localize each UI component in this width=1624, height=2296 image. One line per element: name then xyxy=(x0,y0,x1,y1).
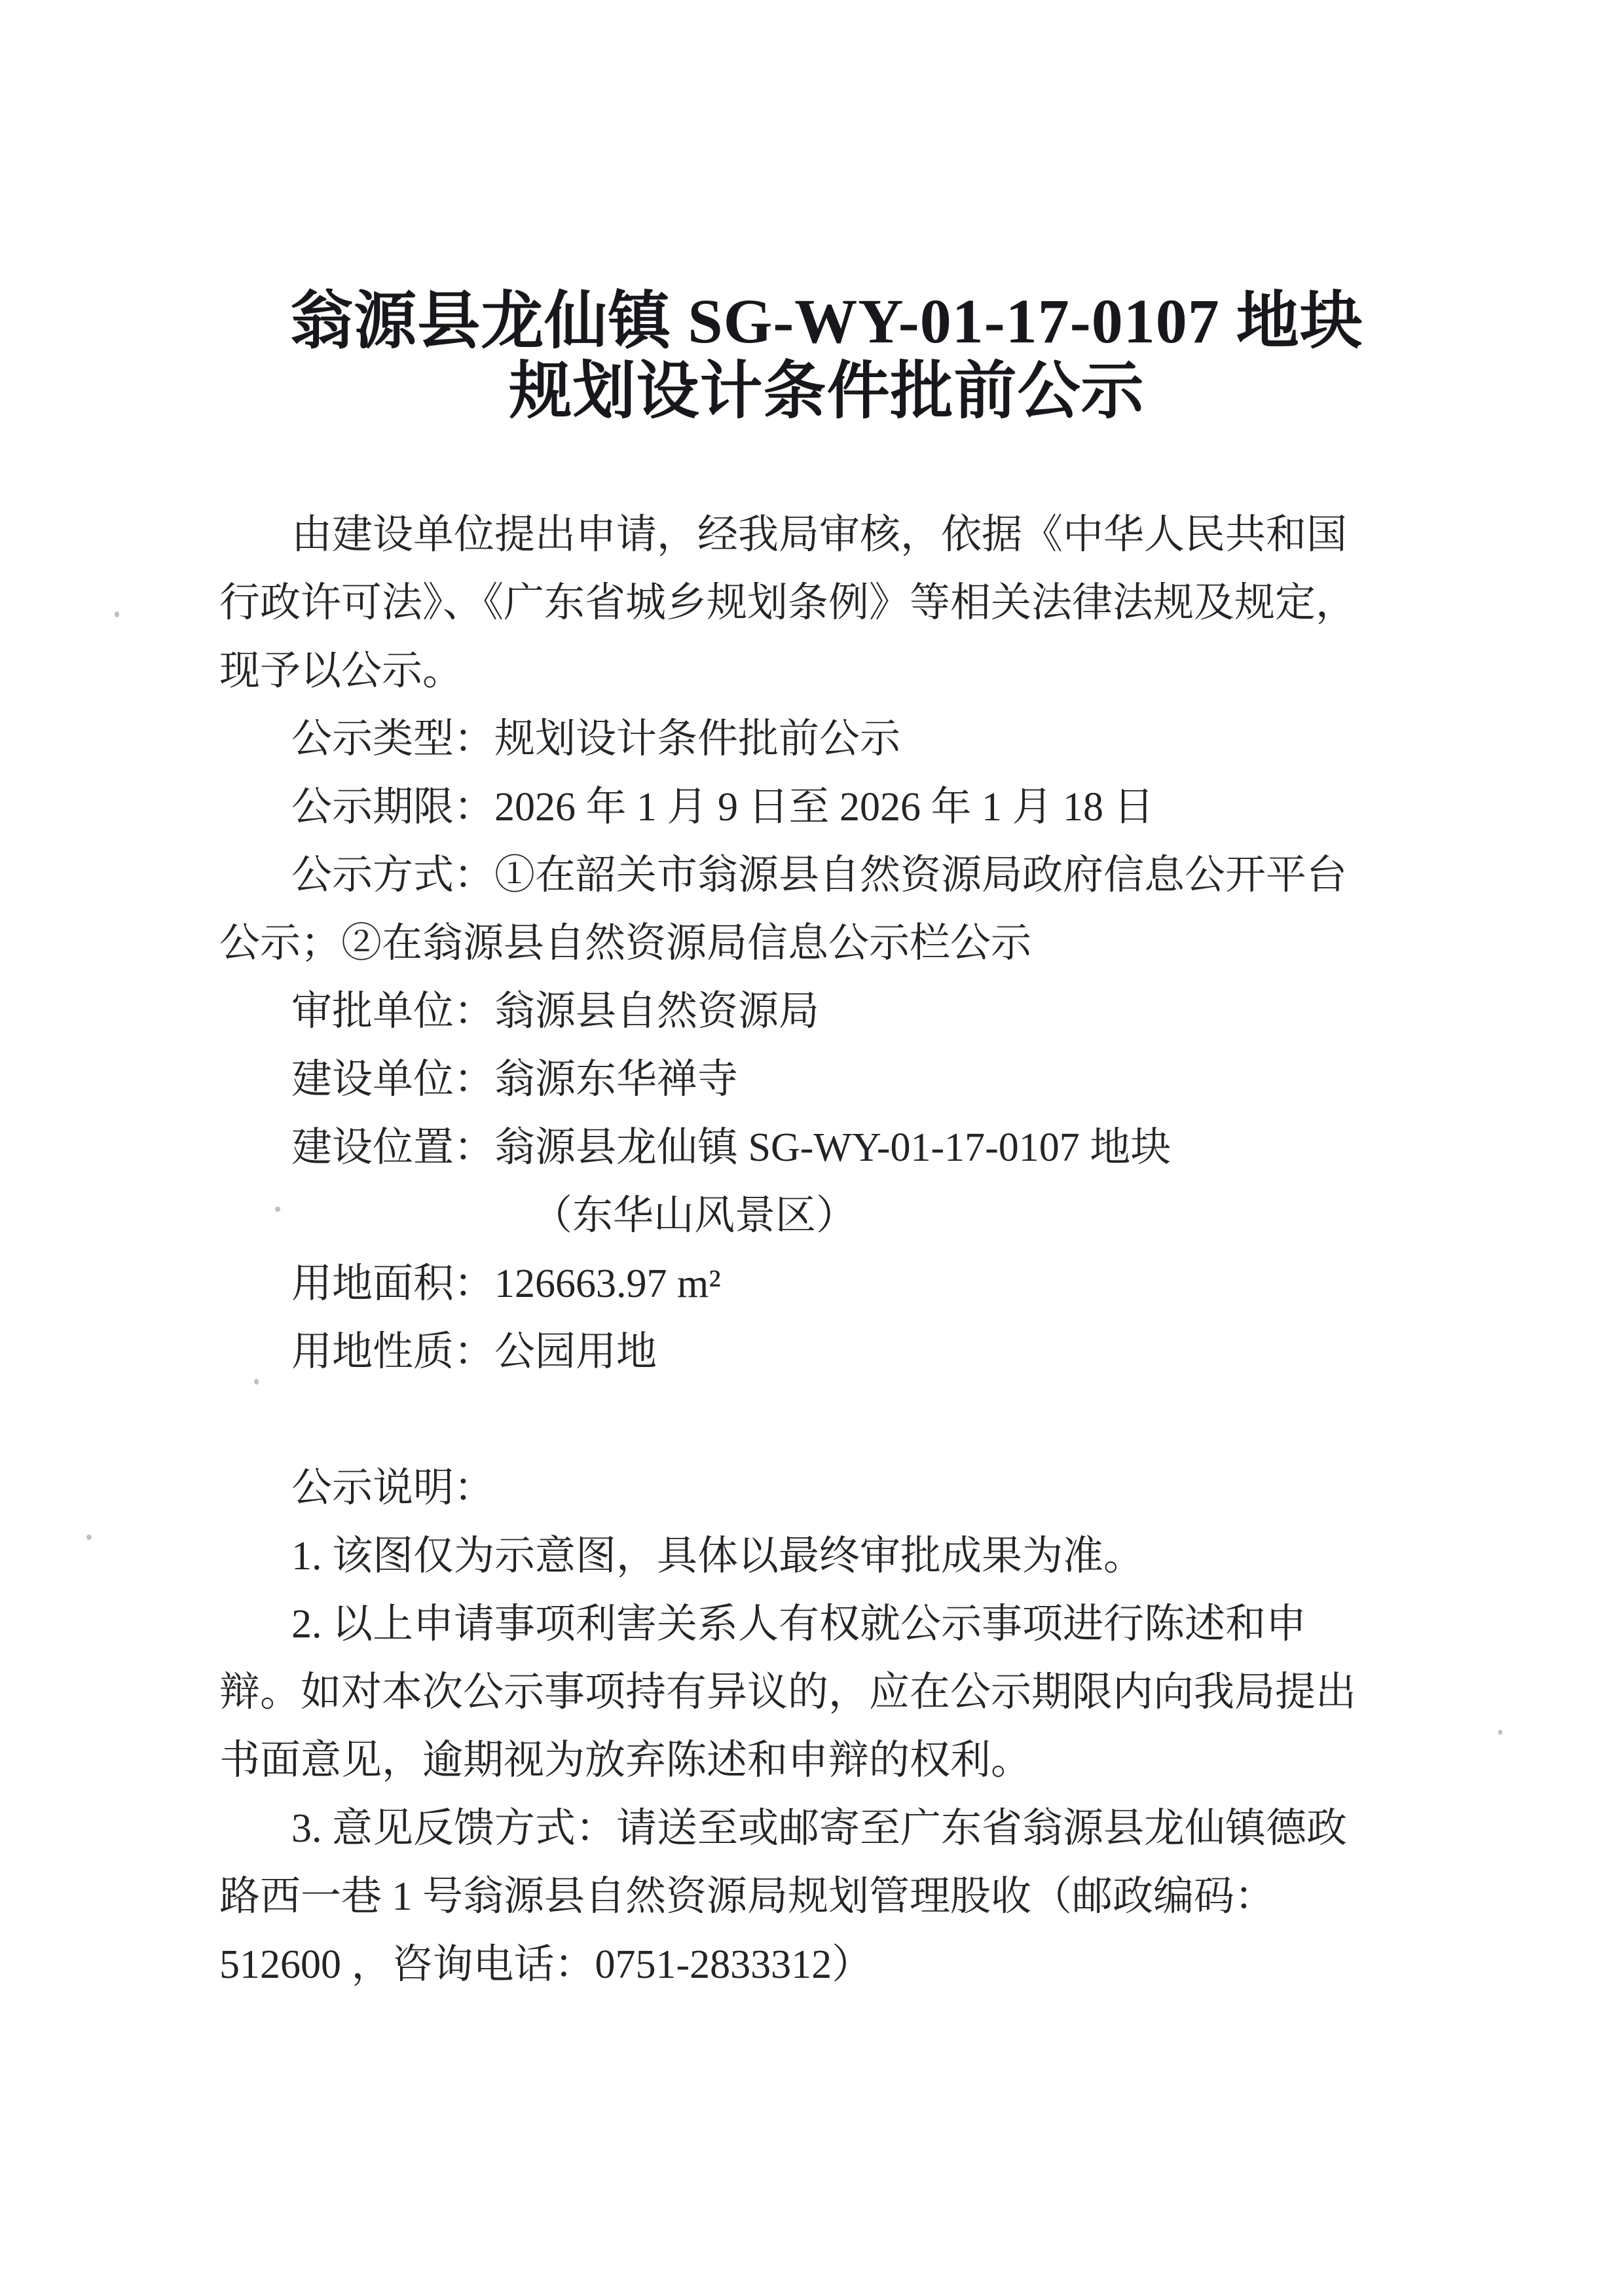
note-2: 2. 以上申请事项利害关系人有权就公示事项进行陈述和申 xyxy=(219,1590,1408,1658)
field-notice-method: 公示方式：①在韶关市翁源县自然资源局政府信息公开平台 xyxy=(219,841,1408,909)
field-notice-period: 公示期限：2026 年 1 月 9 日至 2026 年 1 月 18 日 xyxy=(219,773,1408,841)
field-notice-type: 公示类型：规划设计条件批前公示 xyxy=(219,705,1408,773)
field-land-area: 用地面积：126663.97 m² xyxy=(219,1250,1408,1318)
scan-speck xyxy=(86,1535,92,1540)
field-approval-unit: 审批单位：翁源县自然资源局 xyxy=(219,977,1408,1046)
document-page: 翁源县龙仙镇 SG-WY-01-17-0107 地块 规划设计条件批前公示 由建… xyxy=(0,0,1624,2296)
field-notice-method-continued: 公示；②在翁源县自然资源局信息公示栏公示 xyxy=(219,909,1408,977)
note-3-continued: 路西一巷 1 号翁源县自然资源局规划管理股收（邮政编码： xyxy=(219,1863,1408,1931)
field-construction-unit: 建设单位：翁源东华禅寺 xyxy=(219,1046,1408,1114)
field-location-note: （东华山风景区） xyxy=(219,1182,1408,1250)
field-land-use: 用地性质：公园用地 xyxy=(219,1318,1408,1386)
notes-heading: 公示说明： xyxy=(219,1454,1408,1522)
intro-line: 行政许可法》、《广东省城乡规划条例》等相关法律法规及规定， xyxy=(219,569,1408,637)
note-2-continued: 辩。如对本次公示事项持有异议的，应在公示期限内向我局提出 xyxy=(219,1658,1408,1726)
note-3: 3. 意见反馈方式：请送至或邮寄至广东省翁源县龙仙镇德政 xyxy=(219,1795,1408,1863)
notice-title-line1: 翁源县龙仙镇 SG-WY-01-17-0107 地块 xyxy=(29,286,1624,356)
note-2-continued: 书面意见，逾期视为放弃陈述和申辩的权利。 xyxy=(219,1726,1408,1795)
field-location: 建设位置：翁源县龙仙镇 SG-WY-01-17-0107 地块 xyxy=(219,1114,1408,1182)
notice-title: 翁源县龙仙镇 SG-WY-01-17-0107 地块 规划设计条件批前公示 xyxy=(29,286,1624,426)
intro-line: 现予以公示。 xyxy=(219,637,1408,705)
blank-line xyxy=(219,1386,1408,1454)
notice-body: 由建设单位提出申请，经我局审核，依据《中华人民共和国 行政许可法》、《广东省城乡… xyxy=(219,501,1408,1999)
notice-title-line2: 规划设计条件批前公示 xyxy=(29,356,1624,426)
note-3-continued: 512600 ，咨询电话：0751-2833312） xyxy=(219,1931,1408,1999)
intro-line: 由建设单位提出申请，经我局审核，依据《中华人民共和国 xyxy=(219,501,1408,569)
scan-speck xyxy=(115,611,119,617)
note-1: 1. 该图仅为示意图，具体以最终审批成果为准。 xyxy=(219,1522,1408,1590)
scan-speck xyxy=(1498,1730,1502,1735)
